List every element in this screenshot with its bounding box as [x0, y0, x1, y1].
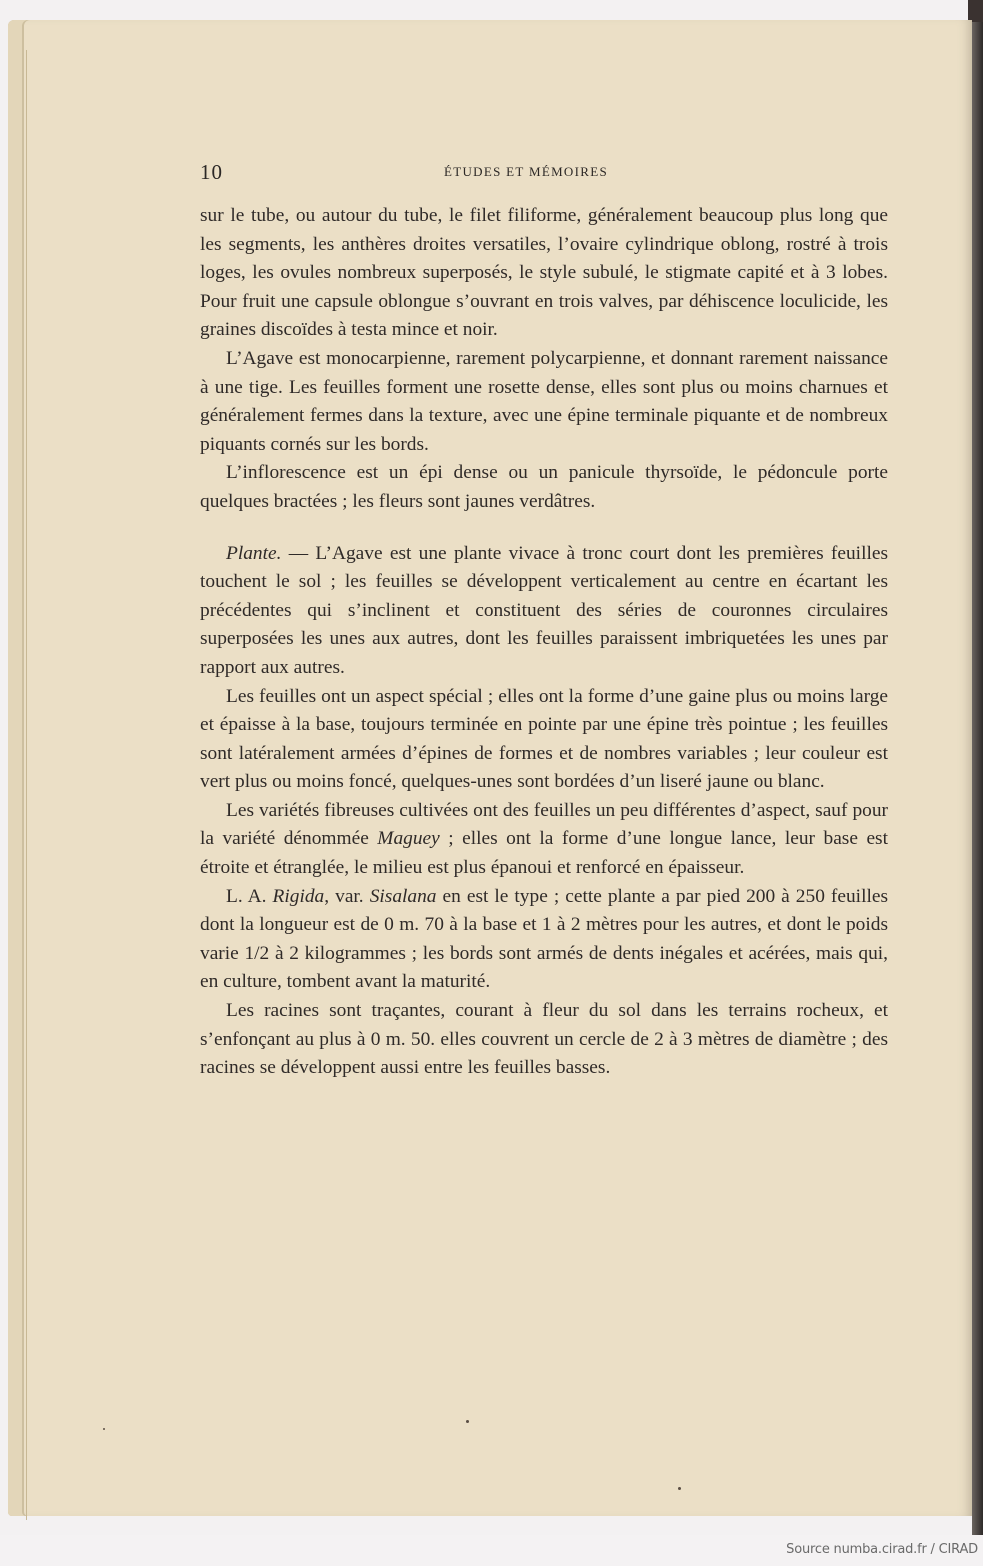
running-title: ÉTUDES ET MÉMOIRES: [444, 164, 608, 180]
paragraph-inflorescence: L’inflorescence est un épi dense ou un p…: [200, 459, 888, 516]
paragraph-text: L’Agave est monocarpienne, rarement poly…: [200, 348, 888, 455]
paragraph-text: L’inflorescence est un épi dense ou un p…: [200, 462, 888, 512]
paragraph-text: — L’Agave est une plante vivace à tronc …: [200, 543, 888, 678]
section-lead-italic: Plante.: [226, 543, 281, 564]
adjacent-page-edge: [972, 0, 983, 1535]
paper-speck: [466, 1420, 469, 1423]
running-header: 10 ÉTUDES ET MÉMOIRES: [200, 160, 890, 186]
variety-name-italic: Maguey: [377, 828, 439, 849]
page-gutter-line: [26, 50, 27, 1520]
paragraph-text: sur le tube, ou autour du tube, le filet…: [200, 205, 888, 340]
adjacent-page-corner: [968, 0, 983, 22]
paragraph-monocarpic: L’Agave est monocarpienne, rarement poly…: [200, 345, 888, 459]
page-number: 10: [200, 160, 223, 185]
page-body: sur le tube, ou autour du tube, le filet…: [200, 202, 888, 1083]
paper-speck: [103, 1428, 105, 1430]
paper-speck: [678, 1487, 681, 1490]
species-name-italic: Rigida: [273, 886, 325, 907]
variety-name-italic: Sisalana: [370, 886, 437, 907]
paragraph-text: Les feuilles ont un aspect spécial ; ell…: [200, 686, 888, 793]
paragraph-text: L. A.: [226, 886, 273, 907]
paragraph-text: Les racines sont traçantes, courant à fl…: [200, 1000, 888, 1078]
paragraph-continuation: sur le tube, ou autour du tube, le filet…: [200, 202, 888, 345]
paragraph-leaves: Les feuilles ont un aspect spécial ; ell…: [200, 683, 888, 797]
paragraph-rigida: L. A. Rigida, var. Sisalana en est le ty…: [200, 883, 888, 997]
paragraph-text: , var.: [324, 886, 369, 907]
paragraph-roots: Les racines sont traçantes, courant à fl…: [200, 997, 888, 1083]
source-credit: Source numba.cirad.fr / CIRAD: [786, 1542, 978, 1557]
paragraph-varieties: Les variétés fibreuses cultivées ont des…: [200, 797, 888, 883]
paragraph-plante: Plante. — L’Agave est une plante vivace …: [200, 540, 888, 683]
